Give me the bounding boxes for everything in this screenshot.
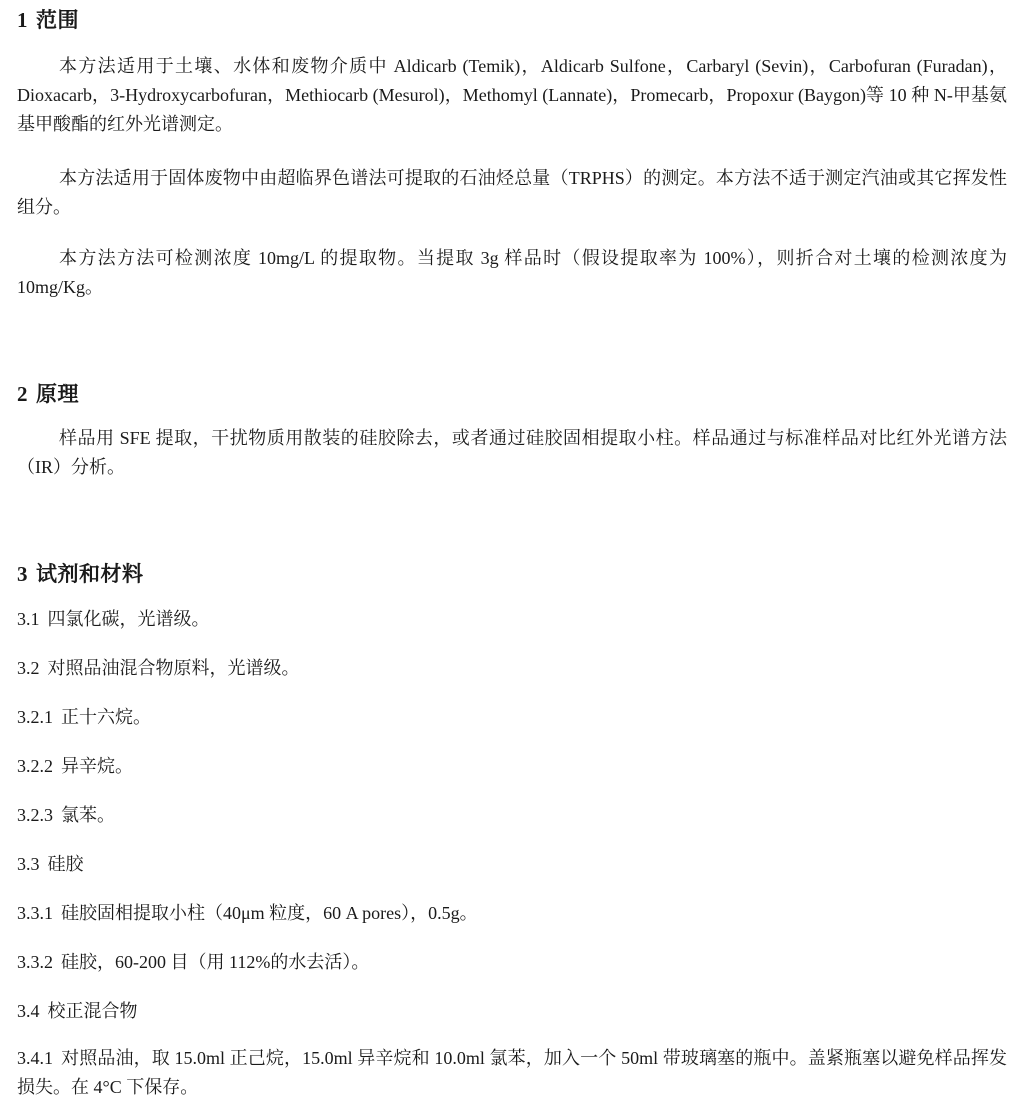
list-item: 3.4校正混合物: [17, 998, 138, 1024]
item-number: 3.2.1: [17, 704, 53, 730]
section-title: 原理: [36, 382, 79, 406]
item-number: 3.2.2: [17, 753, 53, 779]
item-number: 3.2.3: [17, 802, 53, 828]
list-item: 3.3硅胶: [17, 851, 84, 877]
section-title: 范围: [36, 8, 79, 32]
item-text: 正十六烷。: [61, 707, 151, 727]
item-number: 3.4.1: [17, 1048, 53, 1068]
paragraph-principle-1: 样品用 SFE 提取，干扰物质用散装的硅胶除去，或者通过硅胶固相提取小柱。样品通…: [17, 424, 1007, 482]
item-number: 3.3.2: [17, 949, 53, 975]
section-number: 3: [17, 562, 28, 587]
section-heading-3: 3试剂和材料: [17, 558, 144, 588]
item-number: 3.3: [17, 851, 40, 877]
list-item: 3.1四氯化碳，光谱级。: [17, 606, 210, 632]
item-number: 3.3.1: [17, 900, 53, 926]
paragraph-scope-1: 本方法适用于土壤、水体和废物介质中 Aldicarb (Temik)，Aldic…: [17, 52, 1007, 139]
section-number: 2: [17, 382, 28, 407]
list-item: 3.2对照品油混合物原料，光谱级。: [17, 655, 300, 681]
item-text: 硅胶: [48, 854, 84, 874]
list-item: 3.2.2异辛烷。: [17, 753, 133, 779]
item-text: 异辛烷。: [61, 756, 133, 776]
list-item: 3.4.1对照品油，取 15.0ml 正己烷，15.0ml 异辛烷和 10.0m…: [17, 1044, 1007, 1102]
item-text: 硅胶，60-200 目（用 112%的水去活）。: [61, 952, 369, 972]
item-text: 氯苯。: [61, 805, 115, 825]
paragraph-scope-2: 本方法适用于固体废物中由超临界色谱法可提取的石油烃总量（TRPHS）的测定。本方…: [17, 164, 1007, 222]
item-text: 对照品油，取 15.0ml 正己烷，15.0ml 异辛烷和 10.0ml 氯苯，…: [17, 1048, 1007, 1097]
list-item: 3.2.3氯苯。: [17, 802, 115, 828]
list-item: 3.3.1硅胶固相提取小柱（40μm 粒度，60 A pores），0.5g。: [17, 900, 478, 926]
section-number: 1: [17, 8, 28, 33]
section-heading-1: 1范围: [17, 4, 79, 34]
item-text: 四氯化碳，光谱级。: [48, 609, 210, 629]
section-title: 试剂和材料: [36, 562, 144, 586]
list-item: 3.2.1正十六烷。: [17, 704, 151, 730]
item-number: 3.4: [17, 998, 40, 1024]
section-heading-2: 2原理: [17, 378, 79, 408]
item-text: 硅胶固相提取小柱（40μm 粒度，60 A pores），0.5g。: [61, 903, 478, 923]
item-text: 对照品油混合物原料，光谱级。: [48, 658, 300, 678]
list-item: 3.3.2硅胶，60-200 目（用 112%的水去活）。: [17, 949, 369, 975]
item-number: 3.1: [17, 606, 40, 632]
paragraph-scope-3: 本方法方法可检测浓度 10mg/L 的提取物。当提取 3g 样品时（假设提取率为…: [17, 244, 1007, 302]
item-number: 3.2: [17, 655, 40, 681]
item-text: 校正混合物: [48, 1001, 138, 1021]
